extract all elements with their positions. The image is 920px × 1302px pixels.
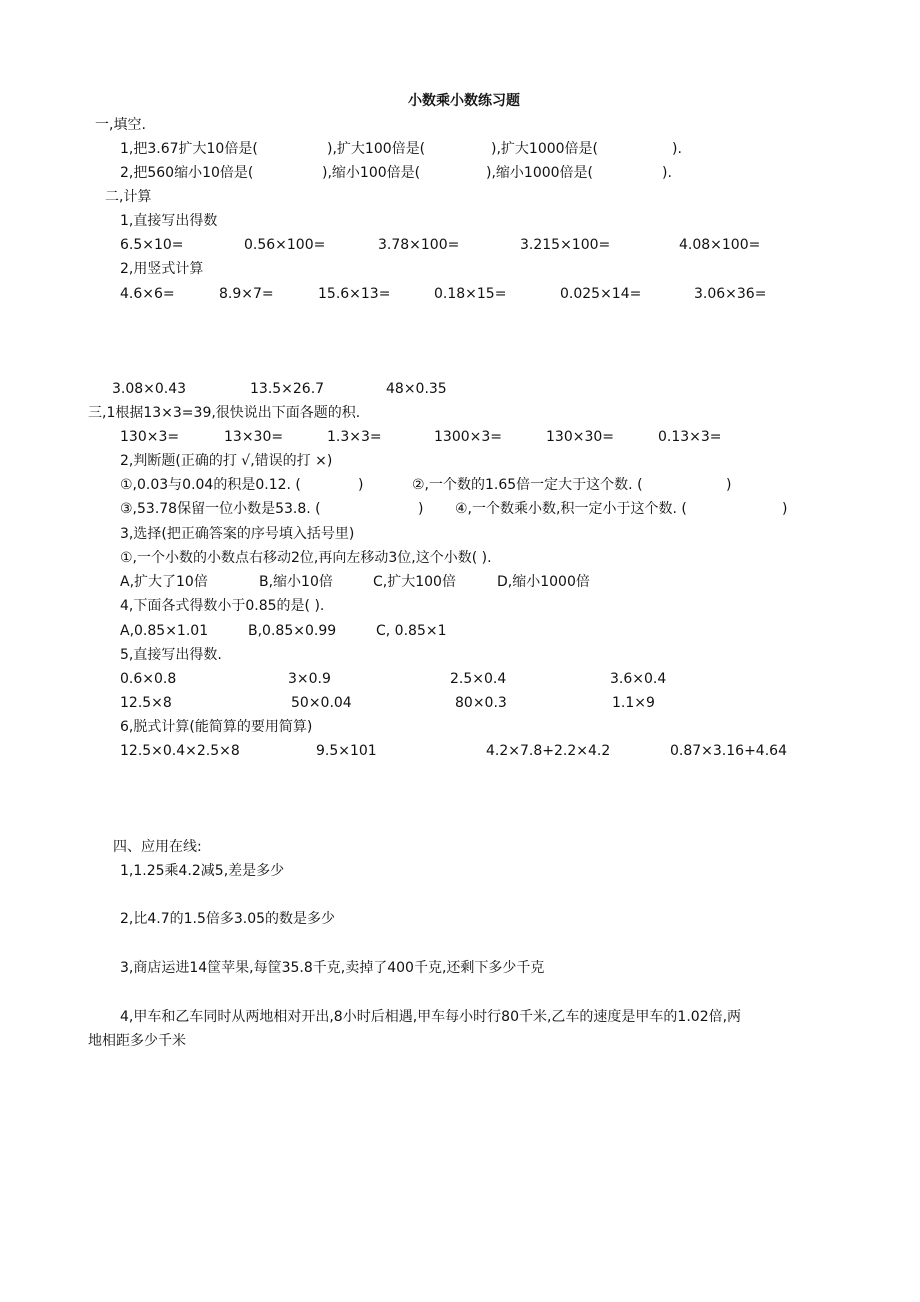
page-title: 小数乘小数练习题 bbox=[408, 92, 520, 110]
choice-label: 3,选择(把正确答案的序号填入括号里) bbox=[120, 525, 354, 543]
true-false-item-3-close: ) bbox=[418, 500, 423, 518]
vertical-calc-item: 0.18×15= bbox=[434, 285, 506, 303]
vertical-calc-item: 15.6×13= bbox=[318, 285, 390, 303]
section-4-heading: 四、应用在线: bbox=[113, 838, 202, 856]
true-false-item-4: ④,一个数乘小数,积一定小于这个数. ( bbox=[455, 500, 687, 518]
sub6-item: 0.87×3.16+4.64 bbox=[670, 742, 787, 760]
vertical-calc-extra: 48×0.35 bbox=[386, 380, 447, 398]
sub5-item: 3.6×0.4 bbox=[610, 670, 666, 688]
sub4-option: B,0.85×0.99 bbox=[248, 622, 336, 640]
section-3-heading: 三,1根据13×3=39,很快说出下面各题的积. bbox=[88, 404, 360, 422]
sub5-label: 5,直接写出得数. bbox=[120, 646, 222, 664]
choice-option: C,扩大100倍 bbox=[373, 573, 456, 591]
vertical-calc-item: 3.06×36= bbox=[694, 285, 766, 303]
sub5-item: 50×0.04 bbox=[291, 694, 352, 712]
sub4-option: C, 0.85×1 bbox=[376, 622, 447, 640]
vertical-calc-item: 8.9×7= bbox=[219, 285, 274, 303]
fill-blank-q2-part-d: ). bbox=[662, 164, 672, 182]
true-false-item-2-close: ) bbox=[726, 476, 731, 494]
sub5-item: 1.1×9 bbox=[612, 694, 655, 712]
true-false-label: 2,判断题(正确的打 √,错误的打 ×) bbox=[120, 452, 332, 470]
vertical-calc-extra: 3.08×0.43 bbox=[112, 380, 186, 398]
calc-direct-item: 0.56×100= bbox=[244, 236, 325, 254]
product-item: 1300×3= bbox=[434, 428, 502, 446]
sub4-label: 4,下面各式得数小于0.85的是( ). bbox=[120, 597, 324, 615]
sub5-item: 12.5×8 bbox=[120, 694, 172, 712]
calc-direct-item: 3.78×100= bbox=[378, 236, 459, 254]
word-problem-3: 3,商店运进14筐苹果,每筐35.8千克,卖掉了400千克,还剩下多少千克 bbox=[120, 959, 544, 977]
calc-sub1-label: 1,直接写出得数 bbox=[120, 212, 217, 230]
sub6-item: 12.5×0.4×2.5×8 bbox=[120, 742, 240, 760]
sub4-option: A,0.85×1.01 bbox=[120, 622, 208, 640]
true-false-item-2: ②,一个数的1.65倍一定大于这个数. ( bbox=[412, 476, 643, 494]
product-item: 0.13×3= bbox=[658, 428, 722, 446]
fill-blank-q1-part-a: 1,把3.67扩大10倍是( bbox=[120, 140, 258, 158]
calc-direct-item: 3.215×100= bbox=[520, 236, 610, 254]
choice-option: A,扩大了10倍 bbox=[120, 573, 208, 591]
true-false-item-1: ①,0.03与0.04的积是0.12. ( bbox=[120, 476, 301, 494]
sub5-item: 2.5×0.4 bbox=[450, 670, 506, 688]
vertical-calc-item: 0.025×14= bbox=[560, 285, 641, 303]
product-item: 130×30= bbox=[546, 428, 614, 446]
sub6-item: 9.5×101 bbox=[316, 742, 377, 760]
vertical-calc-extra: 13.5×26.7 bbox=[250, 380, 324, 398]
sub6-item: 4.2×7.8+2.2×4.2 bbox=[486, 742, 610, 760]
product-item: 13×30= bbox=[224, 428, 283, 446]
true-false-item-3: ③,53.78保留一位小数是53.8. ( bbox=[120, 500, 321, 518]
fill-blank-q2-part-c: ),缩小1000倍是( bbox=[486, 164, 593, 182]
section-1-heading: 一,填空. bbox=[95, 116, 146, 134]
choice-option: B,缩小10倍 bbox=[259, 573, 333, 591]
fill-blank-q1-part-d: ). bbox=[672, 140, 682, 158]
calc-sub2-label: 2,用竖式计算 bbox=[120, 260, 203, 278]
word-problem-4-line-2: 地相距多少千米 bbox=[88, 1032, 186, 1050]
fill-blank-q1-part-b: ),扩大100倍是( bbox=[327, 140, 425, 158]
product-item: 130×3= bbox=[120, 428, 179, 446]
calc-direct-item: 4.08×100= bbox=[679, 236, 760, 254]
fill-blank-q2-part-a: 2,把560缩小10倍是( bbox=[120, 164, 253, 182]
word-problem-2: 2,比4.7的1.5倍多3.05的数是多少 bbox=[120, 910, 335, 928]
word-problem-4-line-1: 4,甲车和乙车同时从两地相对开出,8小时后相遇,甲车每小时行80千米,乙车的速度… bbox=[120, 1008, 741, 1026]
true-false-item-1-close: ) bbox=[358, 476, 363, 494]
choice-option: D,缩小1000倍 bbox=[497, 573, 590, 591]
vertical-calc-item: 4.6×6= bbox=[120, 285, 175, 303]
sub5-item: 0.6×0.8 bbox=[120, 670, 176, 688]
section-2-heading: 二,计算 bbox=[105, 188, 151, 206]
sub5-item: 80×0.3 bbox=[455, 694, 507, 712]
sub6-label: 6,脱式计算(能简算的要用简算) bbox=[120, 718, 312, 736]
true-false-item-4-close: ) bbox=[782, 500, 787, 518]
sub5-item: 3×0.9 bbox=[288, 670, 331, 688]
product-item: 1.3×3= bbox=[327, 428, 382, 446]
fill-blank-q2-part-b: ),缩小100倍是( bbox=[322, 164, 420, 182]
word-problem-1: 1,1.25乘4.2减5,差是多少 bbox=[120, 862, 284, 880]
fill-blank-q1-part-c: ),扩大1000倍是( bbox=[491, 140, 598, 158]
choice-question: ①,一个小数的小数点右移动2位,再向左移动3位,这个小数( ). bbox=[120, 549, 492, 567]
calc-direct-item: 6.5×10= bbox=[120, 236, 184, 254]
